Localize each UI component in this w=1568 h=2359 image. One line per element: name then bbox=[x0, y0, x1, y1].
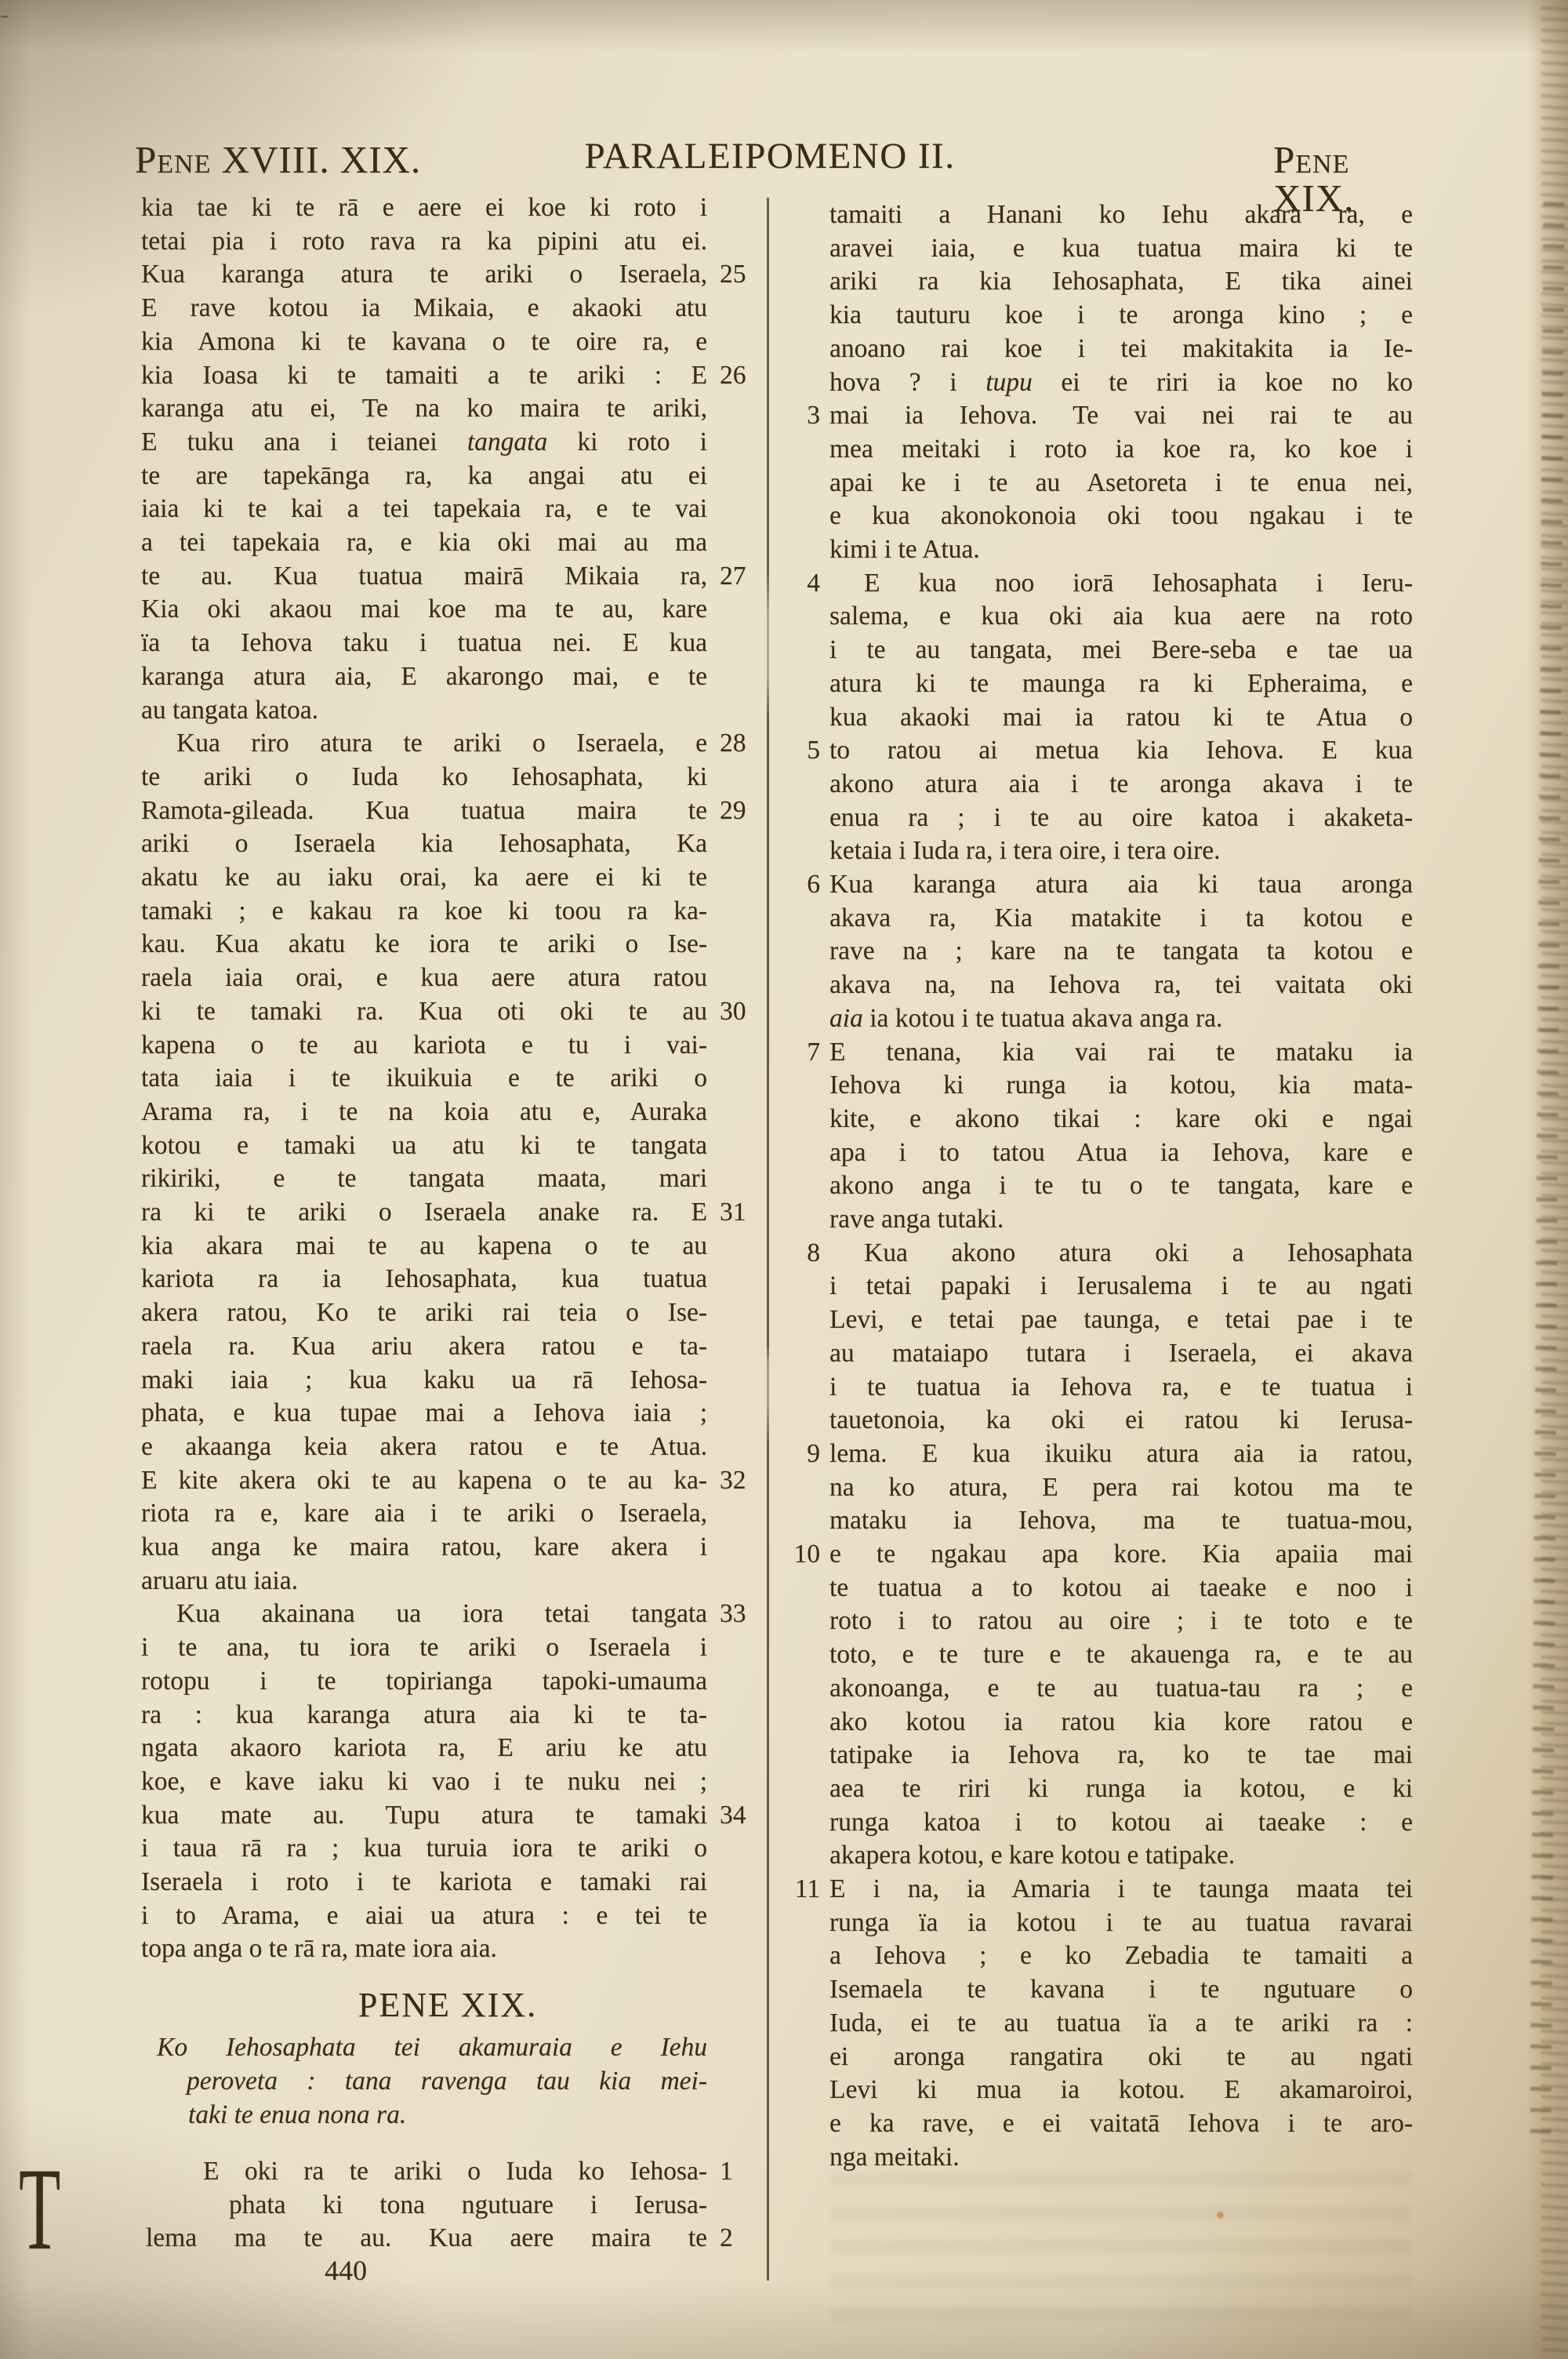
verse-text: tauetonoia, ka oki ei ratou ki Ierusa- bbox=[829, 1404, 1413, 1438]
text-line: karanga atura aia, E akarongo mai, e te bbox=[141, 660, 768, 694]
verse-text: akava na, na Iehova ra, tei vaitata oki bbox=[829, 969, 1413, 1002]
verse-text: e kua akonokonoia oki toou ngakau i te bbox=[829, 500, 1413, 533]
text-line: mea meitaki i roto ia koe ra, ko koe i bbox=[784, 433, 1419, 467]
verse-text: iaia ki te kai a tei tapekaia ra, e te v… bbox=[141, 493, 707, 526]
verse-text: karanga atu ei, Te na ko maira te ariki, bbox=[141, 392, 707, 426]
verse-text: e ka rave, e ei vaitatā Iehova i te aro- bbox=[829, 2107, 1413, 2141]
verse-text: aravei iaia, e kua tuatua maira ki te bbox=[829, 232, 1413, 266]
verse-text: lema. E kua ikuiku atura aia ia ratou, bbox=[829, 1438, 1413, 1471]
text-line: lema ma te au. Kua aere maira te2 bbox=[141, 2222, 768, 2255]
verse-number: 5 bbox=[784, 734, 820, 768]
text-line: ki te tamaki ra. Kua oti oki te au30 bbox=[141, 995, 768, 1029]
verse-text: E tuku ana i teianei tangata ki roto i bbox=[141, 426, 707, 460]
text-line: kua anga ke maira ratou, kare akera i bbox=[141, 1531, 768, 1565]
text-line: salema, e kua oki aia kua aere na roto bbox=[784, 600, 1419, 634]
text-line: ngata akaoro kariota ra, E ariu ke atu bbox=[141, 1732, 768, 1765]
text-line: aravei iaia, e kua tuatua maira ki te bbox=[784, 232, 1419, 266]
text-line: kia Amona ki te kavana o te oire ra, e bbox=[141, 325, 768, 359]
verse-number: 26 bbox=[720, 359, 746, 393]
text-line: akera ratou, Ko te ariki rai teia o Ise- bbox=[141, 1296, 768, 1330]
text-line: tauetonoia, ka oki ei ratou ki Ierusa- bbox=[784, 1404, 1419, 1438]
verse-text: e te ngakau apa kore. Kia apaiia mai bbox=[829, 1538, 1413, 1572]
verse-text: E i na, ia Amaria i te taunga maata tei bbox=[829, 1873, 1413, 1906]
text-line: E tuku ana i teianei tangata ki roto i bbox=[141, 426, 768, 460]
reverse-side-showthrough bbox=[831, 2172, 1411, 2321]
verse-text: maki iaia ; kua kaku ua rā Iehosa- bbox=[141, 1364, 707, 1398]
verse-text: ako kotou ia ratou kia kore ratou e bbox=[829, 1706, 1413, 1739]
verse-text: ariki ra kia Iehosaphata, E tika ainei bbox=[829, 265, 1413, 299]
text-line: akava ra, Kia matakite i ta kotou e bbox=[784, 902, 1419, 936]
text-line: anoano rai koe i tei makitakita ia Ie- bbox=[784, 333, 1419, 366]
text-line: peroveta : tana ravenga tau kia mei- bbox=[141, 2065, 768, 2099]
text-line: aia ia kotou i te tuatua akava anga ra. bbox=[784, 1002, 1419, 1036]
text-line: ariki ra kia Iehosaphata, E tika ainei bbox=[784, 265, 1419, 299]
text-line: e ka rave, e ei vaitatā Iehova i te aro- bbox=[784, 2107, 1419, 2141]
verse-text: na ko atura, E pera rai kotou ma te bbox=[829, 1471, 1413, 1505]
text-line: apai ke i te au Asetoreta i te enua nei, bbox=[784, 467, 1419, 500]
verse-text: rikiriki, e te tangata maata, mari bbox=[141, 1162, 707, 1196]
verse-text: i taua rā ra ; kua turuia iora te ariki … bbox=[141, 1832, 707, 1866]
text-line: tata iaia i te ikuikuia e te ariki o bbox=[141, 1062, 768, 1096]
text-line: 7E tenana, kia vai rai te mataku ia bbox=[784, 1036, 1419, 1070]
text-line: tamaiti a Hanani ko Iehu akara ra, e bbox=[784, 198, 1419, 232]
text-line: atura ki te maunga ra ki Epheraima, e bbox=[784, 667, 1419, 701]
verse-text: phata, e kua tupae mai a Iehova iaia ; bbox=[141, 1397, 707, 1430]
text-line: kimi i te Atua. bbox=[784, 533, 1419, 567]
text-line: ïa ta Iehova taku i tuatua nei. E kua bbox=[141, 627, 768, 660]
verse-number: 34 bbox=[720, 1799, 746, 1833]
drop-cap-letter: T bbox=[19, 2150, 60, 2268]
verse-text: Kia oki akaou mai koe ma te au, kare bbox=[141, 593, 707, 627]
text-line: na ko atura, E pera rai kotou ma te bbox=[784, 1471, 1419, 1505]
text-line: Ko Iehosaphata tei akamuraia e Iehu bbox=[141, 2031, 768, 2065]
right-text-column: tamaiti a Hanani ko Iehu akara ra, earav… bbox=[784, 0, 1419, 2359]
text-line: aruaru atu iaia. bbox=[141, 1565, 768, 1598]
verse-text: ïa ta Iehova taku i tuatua nei. E kua bbox=[141, 627, 707, 660]
verse-text: rotopu i te topirianga tapoki-umauma bbox=[141, 1665, 707, 1699]
verse-text: tamaki ; e kakau ra koe ki toou ra ka- bbox=[141, 895, 707, 929]
text-line: akava na, na Iehova ra, tei vaitata oki bbox=[784, 969, 1419, 1002]
verse-text: kimi i te Atua. bbox=[829, 533, 1413, 567]
verse-text: raela iaia orai, e kua aere atura ratou bbox=[141, 961, 707, 995]
page-number: 440 bbox=[325, 2254, 367, 2288]
text-line: 3mai ia Iehova. Te vai nei rai te au bbox=[784, 399, 1419, 433]
text-line: Isemaela te kavana i te ngutuare o bbox=[784, 1973, 1419, 2007]
verse-text: kotou e tamaki ua atu ki te tangata bbox=[141, 1129, 707, 1163]
verse-text: apa i to tatou Atua ia Iehova, kare e bbox=[829, 1136, 1413, 1170]
verse-text: au tangata katoa. bbox=[141, 694, 707, 728]
paper-speck bbox=[1217, 2212, 1224, 2219]
verse-text: e akaanga keia akera ratou e te Atua. bbox=[141, 1430, 707, 1464]
book-page-photo: Pene XVIII. XIX. PARALEIPOMENO II. - Pen… bbox=[0, 0, 1568, 2359]
verse-text: Kua karanga atura te ariki o Iseraela, bbox=[141, 258, 707, 292]
verse-text: E tenana, kia vai rai te mataku ia bbox=[829, 1036, 1413, 1070]
verse-number: 7 bbox=[784, 1036, 820, 1070]
verse-text: ra : kua karanga atura aia ki te ta- bbox=[141, 1699, 707, 1732]
verse-text: te au. Kua tuatua mairā Mikaia ra, bbox=[141, 560, 707, 594]
verse-text: i te au tangata, mei Bere-seba e tae ua bbox=[829, 634, 1413, 667]
text-line: Kua karanga atura te ariki o Iseraela,25 bbox=[141, 258, 768, 292]
verse-text: akapera kotou, e kare kotou e tatipake. bbox=[829, 1839, 1413, 1873]
verse-text: tamaiti a Hanani ko Iehu akara ra, e bbox=[829, 198, 1413, 232]
text-line: i te tuatua ia Iehova ra, e te tuatua i bbox=[784, 1371, 1419, 1405]
verse-text: ra ki te ariki o Iseraela anake ra. E bbox=[141, 1196, 707, 1230]
chapter-heading: PENE XIX. bbox=[165, 1986, 731, 2025]
verse-text: riota ra e, kare aia i te ariki o Iserae… bbox=[141, 1497, 707, 1531]
verse-text: karanga atura aia, E akarongo mai, e te bbox=[141, 660, 707, 694]
text-line: i taua rā ra ; kua turuia iora te ariki … bbox=[141, 1832, 768, 1866]
verse-text: mataku ia Iehova, ma te tuatua-mou, bbox=[829, 1504, 1413, 1538]
text-line: au mataiapo tutara i Iseraela, ei akava bbox=[784, 1337, 1419, 1371]
text-line: nga meitaki. bbox=[784, 2141, 1419, 2175]
verse-text: mea meitaki i roto ia koe ra, ko koe i bbox=[829, 433, 1413, 467]
verse-text: kau. Kua akatu ke iora te ariki o Ise- bbox=[141, 928, 707, 961]
verse-text: kua anga ke maira ratou, kare akera i bbox=[141, 1531, 707, 1565]
text-line: i tetai papaki i Ierusalema i te au ngat… bbox=[784, 1270, 1419, 1303]
verse-text: peroveta : tana ravenga tau kia mei- bbox=[141, 2065, 707, 2099]
text-line: i te ana, tu iora te ariki o Iseraela i bbox=[141, 1631, 768, 1665]
verse-text: te tuatua a to kotou ai taeake e noo i bbox=[829, 1572, 1413, 1605]
text-line: Kua akainana ua iora tetai tangata33 bbox=[141, 1598, 768, 1631]
text-line: ako kotou ia ratou kia kore ratou e bbox=[784, 1706, 1419, 1739]
verse-text: kia tauturu koe i te aronga kino ; e bbox=[829, 299, 1413, 333]
verse-text: Kua riro atura te ariki o Iseraela, e bbox=[141, 727, 707, 761]
text-line: kia akara mai te au kapena o te au bbox=[141, 1230, 768, 1263]
verse-number: 3 bbox=[784, 399, 820, 433]
verse-text: Kua karanga atura aia ki taua aronga bbox=[829, 868, 1413, 902]
text-line: tamaki ; e kakau ra koe ki toou ra ka- bbox=[141, 895, 768, 929]
verse-text: kia Ioasa ki te tamaiti a te ariki : E bbox=[141, 359, 707, 393]
text-line: rotopu i te topirianga tapoki-umauma bbox=[141, 1665, 768, 1699]
verse-text: runga ïa ia kotou i te au tuatua ravarai bbox=[829, 1906, 1413, 1940]
verse-text: toto, e te ture e te akauenga ra, e te a… bbox=[829, 1638, 1413, 1672]
text-line: 10e te ngakau apa kore. Kia apaiia mai bbox=[784, 1538, 1419, 1572]
verse-text: rave na ; kare na te tangata ta kotou e bbox=[829, 935, 1413, 969]
verse-text: Kua akainana ua iora tetai tangata bbox=[141, 1598, 707, 1631]
text-line: e akaanga keia akera ratou e te Atua. bbox=[141, 1430, 768, 1464]
verse-text: topa anga o te rā ra, mate iora aia. bbox=[141, 1932, 707, 1966]
verse-text: a Iehova ; e ko Zebadia te tamaiti a bbox=[829, 1939, 1413, 1973]
verse-number: 25 bbox=[720, 258, 746, 292]
text-line: 5to ratou ai metua kia Iehova. E kua bbox=[784, 734, 1419, 768]
verse-number: 2 bbox=[720, 2222, 733, 2255]
verse-text: kariota ra ia Iehosaphata, kua tuatua bbox=[141, 1263, 707, 1296]
verse-text: kia akara mai te au kapena o te au bbox=[141, 1230, 707, 1263]
verse-text: runga katoa i to kotou ai taeake : e bbox=[829, 1806, 1413, 1840]
verse-text: kia tae ki te rā e aere ei koe ki roto i bbox=[141, 191, 707, 225]
verse-text: ngata akaoro kariota ra, E ariu ke atu bbox=[141, 1732, 707, 1765]
text-line: aea te riri ki runga ia kotou, e ki bbox=[784, 1772, 1419, 1806]
verse-text: kite, e akono tikai : kare oki e ngai bbox=[829, 1103, 1413, 1136]
text-line: koe, e kave iaku ki vao i te nuku nei ; bbox=[141, 1765, 768, 1799]
text-line: Iuda, ei te au tuatua ïa a te ariki ra : bbox=[784, 2007, 1419, 2041]
text-line: E oki ra te ariki o Iuda ko Iehosa-1 bbox=[141, 2155, 768, 2189]
verse-number: 6 bbox=[784, 868, 820, 902]
verse-text: kua mate au. Tupu atura te tamaki bbox=[141, 1799, 707, 1833]
text-line: kite, e akono tikai : kare oki e ngai bbox=[784, 1103, 1419, 1136]
verse-text: E rave kotou ia Mikaia, e akaoki atu bbox=[141, 292, 707, 325]
text-line: ariki o Iseraela kia Iehosaphata, Ka bbox=[141, 827, 768, 861]
verse-text: lema ma te au. Kua aere maira te bbox=[141, 2222, 707, 2255]
text-line: kapena o te au kariota e tu i vai- bbox=[141, 1029, 768, 1063]
verse-text: apai ke i te au Asetoreta i te enua nei, bbox=[829, 467, 1413, 500]
text-line: kua mate au. Tupu atura te tamaki34 bbox=[141, 1799, 768, 1833]
verse-text: enua ra ; i te au oire katoa i akaketa- bbox=[829, 801, 1413, 835]
text-line: kia tauturu koe i te aronga kino ; e bbox=[784, 299, 1419, 333]
verse-text: i tetai papaki i Ierusalema i te au ngat… bbox=[829, 1270, 1413, 1303]
verse-text: i to Arama, e aiai ua atura : e tei te bbox=[141, 1899, 707, 1933]
verse-text: akono atura aia i te aronga akava i te bbox=[829, 768, 1413, 801]
verse-text: E kite akera oki te au kapena o te au ka… bbox=[141, 1464, 707, 1498]
verse-text: kua akaoki mai ia ratou ki te Atua o bbox=[829, 701, 1413, 735]
text-line: i te au tangata, mei Bere-seba e tae ua bbox=[784, 634, 1419, 667]
verse-text: to ratou ai metua kia Iehova. E kua bbox=[829, 734, 1413, 768]
verse-text: i te tuatua ia Iehova ra, e te tuatua i bbox=[829, 1371, 1413, 1405]
verse-text: aea te riri ki runga ia kotou, e ki bbox=[829, 1772, 1413, 1806]
text-line: mataku ia Iehova, ma te tuatua-mou, bbox=[784, 1504, 1419, 1538]
text-line: tetai pia i roto rava ra ka pipini atu e… bbox=[141, 225, 768, 259]
verse-number: 31 bbox=[720, 1196, 746, 1230]
text-line: roto i to ratou au oire ; i te toto e te bbox=[784, 1605, 1419, 1638]
text-line: e kua akonokonoia oki toou ngakau i te bbox=[784, 500, 1419, 533]
text-line: akatu ke au iaku orai, ka aere ei ki te bbox=[141, 861, 768, 895]
text-line: 4E kua noo iorā Iehosaphata i Ieru- bbox=[784, 567, 1419, 601]
verse-number: 4 bbox=[784, 567, 820, 601]
text-line: akono anga i te tu o te tangata, kare e bbox=[784, 1169, 1419, 1203]
text-line: runga ïa ia kotou i te au tuatua ravarai bbox=[784, 1906, 1419, 1940]
text-line: rikiriki, e te tangata maata, mari bbox=[141, 1162, 768, 1196]
verse-number: 33 bbox=[720, 1598, 746, 1631]
text-line: 11E i na, ia Amaria i te taunga maata te… bbox=[784, 1873, 1419, 1906]
text-line: ra : kua karanga atura aia ki te ta- bbox=[141, 1699, 768, 1732]
verse-text: tata iaia i te ikuikuia e te ariki o bbox=[141, 1062, 707, 1096]
text-line: karanga atu ei, Te na ko maira te ariki, bbox=[141, 392, 768, 426]
verse-number: 30 bbox=[720, 995, 746, 1029]
text-line: iaia ki te kai a tei tapekaia ra, e te v… bbox=[141, 493, 768, 526]
verse-text: hova ? i tupu ei te riri ia koe no ko bbox=[829, 366, 1413, 400]
text-line: toto, e te ture e te akauenga ra, e te a… bbox=[784, 1638, 1419, 1672]
text-line: a Iehova ; e ko Zebadia te tamaiti a bbox=[784, 1939, 1419, 1973]
verse-text: te ariki o Iuda ko Iehosaphata, ki bbox=[141, 761, 707, 794]
verse-text: aia ia kotou i te tuatua akava anga ra. bbox=[829, 1002, 1413, 1036]
text-line: te ariki o Iuda ko Iehosaphata, ki bbox=[141, 761, 768, 794]
text-line: kau. Kua akatu ke iora te ariki o Ise- bbox=[141, 928, 768, 961]
text-line: kotou e tamaki ua atu ki te tangata bbox=[141, 1129, 768, 1163]
verse-text: Arama ra, i te na koia atu e, Auraka bbox=[141, 1096, 707, 1129]
verse-number: 32 bbox=[720, 1464, 746, 1498]
running-head-separator: - bbox=[0, 0, 9, 29]
text-line: E kite akera oki te au kapena o te au ka… bbox=[141, 1464, 768, 1498]
verse-text: E kua noo iorā Iehosaphata i Ieru- bbox=[829, 567, 1413, 601]
verse-text: i te ana, tu iora te ariki o Iseraela i bbox=[141, 1631, 707, 1665]
verse-text: aruaru atu iaia. bbox=[141, 1565, 707, 1598]
text-line: E rave kotou ia Mikaia, e akaoki atu bbox=[141, 292, 768, 325]
verse-text: te are tapekānga ra, ka angai atu ei bbox=[141, 460, 707, 493]
text-line: kia Ioasa ki te tamaiti a te ariki : E26 bbox=[141, 359, 768, 393]
verse-text: Kua akono atura oki a Iehosaphata bbox=[829, 1237, 1413, 1270]
text-line: phata, e kua tupae mai a Iehova iaia ; bbox=[141, 1397, 768, 1430]
text-line: te au. Kua tuatua mairā Mikaia ra,27 bbox=[141, 560, 768, 594]
text-line: Arama ra, i te na koia atu e, Auraka bbox=[141, 1096, 768, 1129]
text-line: 9lema. E kua ikuiku atura aia ia ratou, bbox=[784, 1438, 1419, 1471]
verse-text: anoano rai koe i tei makitakita ia Ie- bbox=[829, 333, 1413, 366]
verse-text: kapena o te au kariota e tu i vai- bbox=[141, 1029, 707, 1063]
text-line: akapera kotou, e kare kotou e tatipake. bbox=[784, 1839, 1419, 1873]
text-line: raela ra. Kua ariu akera ratou e ta- bbox=[141, 1330, 768, 1364]
text-line: kariota ra ia Iehosaphata, kua tuatua bbox=[141, 1263, 768, 1296]
text-line: raela iaia orai, e kua aere atura ratou bbox=[141, 961, 768, 995]
text-line: Iehova ki runga ia kotou, kia mata- bbox=[784, 1069, 1419, 1103]
text-line: Iseraela i roto i te kariota e tamaki ra… bbox=[141, 1866, 768, 1899]
text-line: 8Kua akono atura oki a Iehosaphata bbox=[784, 1237, 1419, 1270]
text-line: kua akaoki mai ia ratou ki te Atua o bbox=[784, 701, 1419, 735]
text-line: topa anga o te rā ra, mate iora aia. bbox=[141, 1932, 768, 1966]
text-line: phata ki tona ngutuare i Ierusa- bbox=[141, 2189, 768, 2223]
verse-text: kia Amona ki te kavana o te oire ra, e bbox=[141, 325, 707, 359]
text-line: 6Kua karanga atura aia ki taua aronga bbox=[784, 868, 1419, 902]
verse-text: Iuda, ei te au tuatua ïa a te ariki ra : bbox=[829, 2007, 1413, 2041]
verse-text: Levi, e tetai pae taunga, e tetai pae i … bbox=[829, 1303, 1413, 1337]
text-line: Ramota-gileada. Kua tuatua maira te29 bbox=[141, 794, 768, 828]
text-line: hova ? i tupu ei te riri ia koe no ko bbox=[784, 366, 1419, 400]
text-line: i to Arama, e aiai ua atura : e tei te bbox=[141, 1899, 768, 1933]
verse-text: a tei tapekaia ra, e kia oki mai au ma bbox=[141, 526, 707, 560]
text-line: akono atura aia i te aronga akava i te bbox=[784, 768, 1419, 801]
text-line: ra ki te ariki o Iseraela anake ra. E31 bbox=[141, 1196, 768, 1230]
verse-text: ariki o Iseraela kia Iehosaphata, Ka bbox=[141, 827, 707, 861]
verse-number: 28 bbox=[720, 727, 746, 761]
text-line: Kia oki akaou mai koe ma te au, kare bbox=[141, 593, 768, 627]
verse-text: raela ra. Kua ariu akera ratou e ta- bbox=[141, 1330, 707, 1364]
verse-number: 29 bbox=[720, 794, 746, 828]
text-line: rave anga tutaki. bbox=[784, 1203, 1419, 1237]
text-line: rave na ; kare na te tangata ta kotou e bbox=[784, 935, 1419, 969]
text-line: Kua riro atura te ariki o Iseraela, e28 bbox=[141, 727, 768, 761]
text-line: ketaia i Iuda ra, i tera oire, i tera oi… bbox=[784, 834, 1419, 868]
verse-text: Ko Iehosaphata tei akamuraia e Iehu bbox=[141, 2031, 707, 2065]
verse-text: Iseraela i roto i te kariota e tamaki ra… bbox=[141, 1866, 707, 1899]
verse-text: ketaia i Iuda ra, i tera oire, i tera oi… bbox=[829, 834, 1413, 868]
text-line: apa i to tatou Atua ia Iehova, kare e bbox=[784, 1136, 1419, 1170]
text-line: ei aronga rangatira oki te au ngati bbox=[784, 2041, 1419, 2074]
verse-text: atura ki te maunga ra ki Epheraima, e bbox=[829, 667, 1413, 701]
verse-text: salema, e kua oki aia kua aere na roto bbox=[829, 600, 1413, 634]
verse-text: roto i to ratou au oire ; i te toto e te bbox=[829, 1605, 1413, 1638]
verse-text: mai ia Iehova. Te vai nei rai te au bbox=[829, 399, 1413, 433]
verse-text: tetai pia i roto rava ra ka pipini atu e… bbox=[141, 225, 707, 259]
verse-text: akono anga i te tu o te tangata, kare e bbox=[829, 1169, 1413, 1203]
text-line: te are tapekānga ra, ka angai atu ei bbox=[141, 460, 768, 493]
text-line: te tuatua a to kotou ai taeake e noo i bbox=[784, 1572, 1419, 1605]
verse-number: 8 bbox=[784, 1237, 820, 1270]
verse-text: Isemaela te kavana i te ngutuare o bbox=[829, 1973, 1413, 2007]
verse-text: Levi ki mua ia kotou. E akamaroiroi, bbox=[829, 2074, 1413, 2107]
verse-number: 10 bbox=[784, 1538, 820, 1572]
text-line: a tei tapekaia ra, e kia oki mai au ma bbox=[141, 526, 768, 560]
text-line: runga katoa i to kotou ai taeake : e bbox=[784, 1806, 1419, 1840]
text-line: Levi ki mua ia kotou. E akamaroiroi, bbox=[784, 2074, 1419, 2107]
text-line: au tangata katoa. bbox=[141, 694, 768, 728]
verse-text: akera ratou, Ko te ariki rai teia o Ise- bbox=[141, 1296, 707, 1330]
text-line: maki iaia ; kua kaku ua rā Iehosa- bbox=[141, 1364, 768, 1398]
verse-text: Iehova ki runga ia kotou, kia mata- bbox=[829, 1069, 1413, 1103]
text-line: kia tae ki te rā e aere ei koe ki roto i bbox=[141, 191, 768, 225]
verse-text: ki te tamaki ra. Kua oti oki te au bbox=[141, 995, 707, 1029]
verse-text: E oki ra te ariki o Iuda ko Iehosa- bbox=[141, 2155, 707, 2189]
verse-text: tatipake ia Iehova ra, ko te tae mai bbox=[829, 1739, 1413, 1772]
verse-number: 1 bbox=[720, 2155, 733, 2189]
text-line: enua ra ; i te au oire katoa i akaketa- bbox=[784, 801, 1419, 835]
text-line: tatipake ia Iehova ra, ko te tae mai bbox=[784, 1739, 1419, 1772]
verse-text: nga meitaki. bbox=[829, 2141, 1413, 2175]
verse-text: phata ki tona ngutuare i Ierusa- bbox=[141, 2189, 707, 2223]
verse-text: rave anga tutaki. bbox=[829, 1203, 1413, 1237]
verse-text: akava ra, Kia matakite i ta kotou e bbox=[829, 902, 1413, 936]
verse-number: 9 bbox=[784, 1438, 820, 1471]
verse-text: au mataiapo tutara i Iseraela, ei akava bbox=[829, 1337, 1413, 1371]
verse-text: koe, e kave iaku ki vao i te nuku nei ; bbox=[141, 1765, 707, 1799]
verse-text: ei aronga rangatira oki te au ngati bbox=[829, 2041, 1413, 2074]
verse-text: akatu ke au iaku orai, ka aere ei ki te bbox=[141, 861, 707, 895]
verse-text: Ramota-gileada. Kua tuatua maira te bbox=[141, 794, 707, 828]
text-line: Levi, e tetai pae taunga, e tetai pae i … bbox=[784, 1303, 1419, 1337]
text-line: akonoanga, e te au tuatua-tau ra ; e bbox=[784, 1672, 1419, 1706]
verse-text: akonoanga, e te au tuatua-tau ra ; e bbox=[829, 1672, 1413, 1706]
text-line: riota ra e, kare aia i te ariki o Iserae… bbox=[141, 1497, 768, 1531]
verse-number: 27 bbox=[720, 560, 746, 594]
verse-number: 11 bbox=[784, 1873, 820, 1906]
verse-text: taki te enua nona ra. bbox=[141, 2099, 707, 2132]
text-line: taki te enua nona ra. bbox=[141, 2099, 768, 2132]
